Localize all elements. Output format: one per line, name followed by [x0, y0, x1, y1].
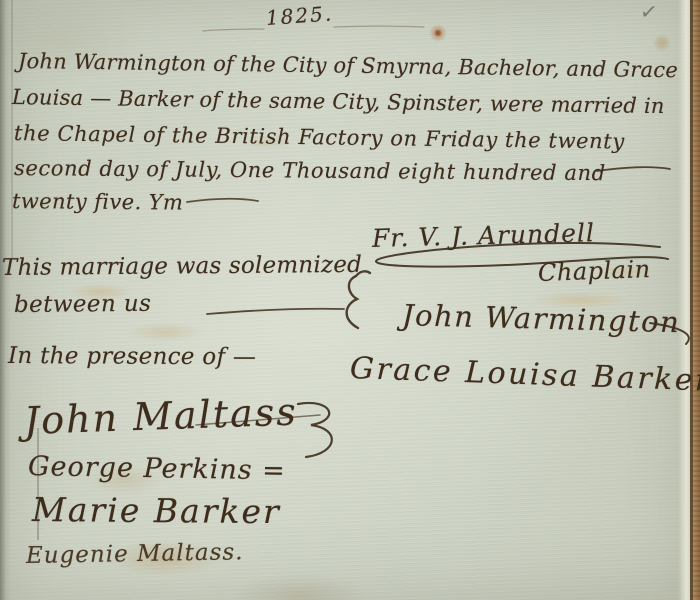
register-line-2: Louisa — Barker of the same City, Spinst…: [12, 87, 665, 117]
witness-signature-3: Marie Barker: [32, 493, 281, 528]
solemnized-label-line-2: between us: [14, 293, 151, 317]
page-left-edge: [0, 0, 11, 600]
brace: [347, 271, 370, 328]
register-line-4: second day of July, One Thousand eight h…: [14, 158, 606, 184]
year-underline: [203, 26, 424, 31]
register-line-1: John Warmington of the City of Smyrna, B…: [18, 51, 678, 81]
pencil-checkmark: ✓: [639, 1, 659, 24]
solemnized-label-line-1: This marriage was solemnized: [2, 254, 362, 280]
register-line-3: the Chapel of the British Factory on Fri…: [14, 123, 625, 153]
witness-signature-2: George Perkins =: [28, 453, 286, 484]
solemnized-rule: [207, 309, 344, 314]
line5-trailing-dash: [187, 199, 258, 202]
year-heading: 1825.: [265, 3, 333, 28]
book-binding: [693, 0, 700, 600]
presence-label: In the presence of —: [8, 345, 256, 369]
marriage-register-page: ✓ 1825. John Warmington of the City of S…: [0, 0, 700, 600]
witness-signature-1: John Maltass: [23, 392, 298, 440]
line4-trailing-dash: [597, 167, 670, 171]
groom-signature: John Warmington: [402, 301, 681, 337]
register-line-5: twenty five. Ym: [12, 191, 183, 213]
bride-signature: Grace Louisa Barker: [349, 354, 700, 397]
maltass-double-s-flourish: [298, 403, 332, 457]
officiant-signature: Fr. V. J. Arundell: [372, 220, 596, 251]
officiant-title: Chaplain: [538, 257, 651, 285]
witness-signature-4: Eugenie Maltass.: [26, 541, 244, 568]
page-right-edge-highlight: [678, 0, 690, 600]
margin-rule-top: [11, 0, 13, 260]
